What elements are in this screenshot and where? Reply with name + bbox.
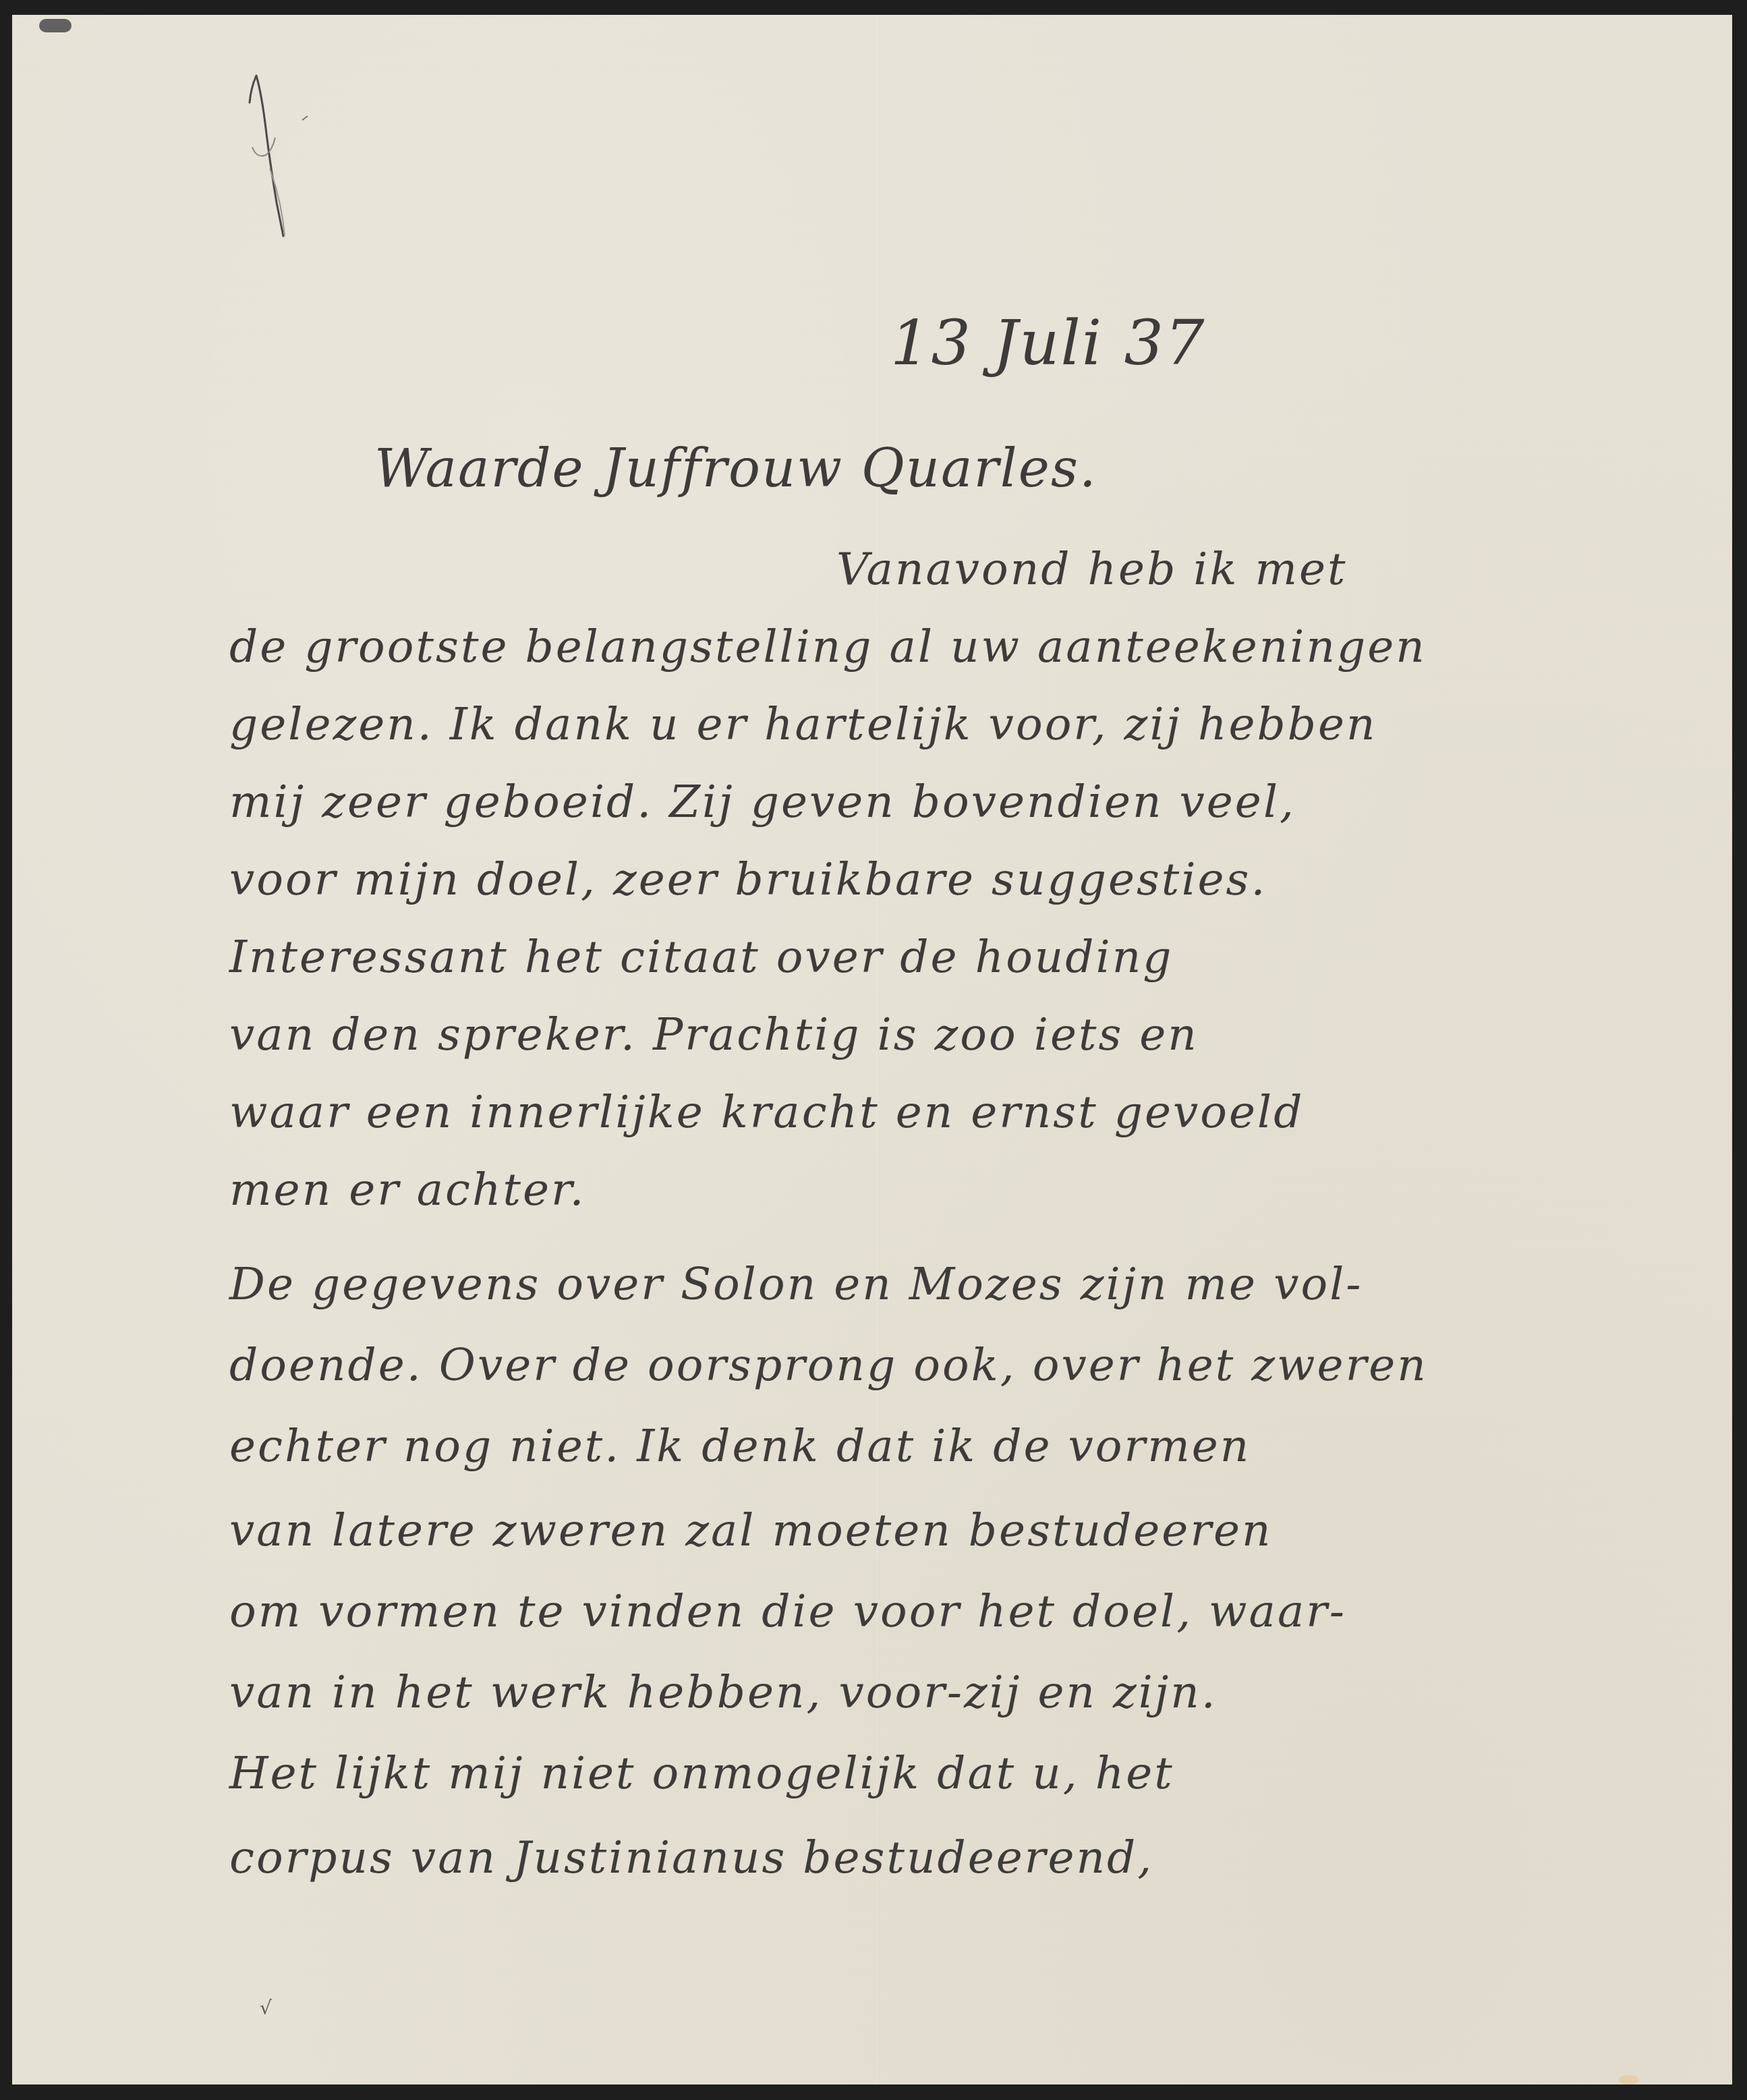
letter-line: echter nog niet. Ik denk dat ik de vorme… (229, 1420, 1251, 1472)
paper-stain (1619, 2075, 1639, 2084)
letter-line: om vormen te vinden die voor het doel, w… (229, 1585, 1346, 1637)
paper-deckle-edge (12, 9, 1732, 20)
letter-line: van den spreker. Prachtig is zoo iets en (229, 1009, 1199, 1060)
letter-line: corpus van Justinianus bestudeerend, (229, 1832, 1153, 1883)
archive-tab-mark (39, 19, 71, 32)
letter-salutation: Waarde Juffrouw Quarles. (374, 438, 1097, 499)
pencil-initial-mark (182, 67, 317, 243)
letter-line: mij zeer geboeid. Zij geven bovendien ve… (229, 776, 1296, 828)
footer-check-mark: √ (260, 1997, 272, 2019)
letter-line: doende. Over de oorsprong ook, over het … (229, 1339, 1428, 1391)
letter-line: voor mijn doel, zeer bruikbare suggestie… (229, 853, 1267, 905)
letter-date: 13 Juli 37 (890, 307, 1206, 379)
letter-line: De gegevens over Solon en Mozes zijn me … (229, 1258, 1363, 1310)
letter-line: gelezen. Ik dank u er hartelijk voor, zi… (229, 698, 1377, 750)
letter-line: Het lijkt mij niet onmogelijk dat u, het (229, 1747, 1174, 1799)
letter-line: waar een innerlijke kracht en ernst gevo… (229, 1086, 1304, 1138)
letter-line: de grootste belangstelling al uw aanteek… (229, 621, 1427, 673)
letter-line: van in het werk hebben, voor-zij en zijn… (229, 1666, 1218, 1718)
letter-line: Vanavond heb ik met (836, 543, 1348, 595)
letter-line: van latere zweren zal moeten bestudeeren (229, 1504, 1273, 1556)
letter-line: Interessant het citaat over de houding (229, 931, 1174, 983)
letter-line: men er achter. (229, 1164, 585, 1216)
